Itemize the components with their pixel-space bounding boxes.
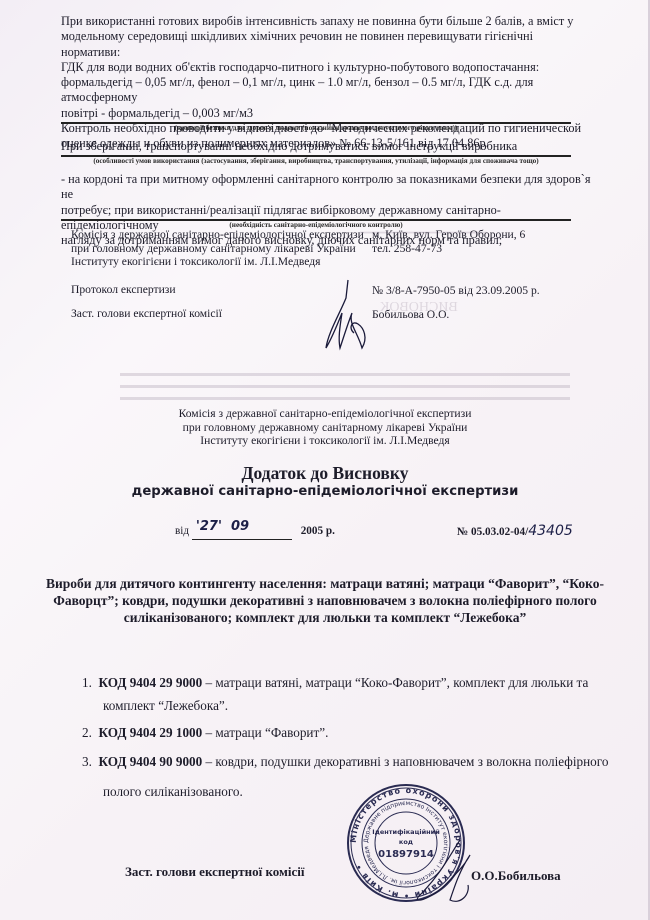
list-item-continuation: полого силіканізованого. (103, 784, 243, 800)
annex-header-line: Інституту екогігієни і токсикології ім. … (100, 434, 550, 448)
deputy-label: Заст. голови експертної комісії (71, 306, 222, 321)
paragraph-line: ГДК для води водних об'єктів господарчо-… (61, 60, 591, 75)
document-subtitle: державної санітарно-епідеміологічної екс… (100, 484, 550, 500)
date-field: '27' 09 (192, 524, 292, 540)
caption-safety-criteria: (критерії безпеки для здоров'я людини (п… (61, 124, 571, 132)
commission-block: Комісія з державної санітарно-епідеміоло… (71, 228, 371, 269)
storage-line: При зберіганні, транспортуванні необхідн… (61, 139, 581, 154)
paragraph-line: При використанні готових виробів інтенси… (61, 14, 591, 29)
list-item: 1. КОД 9404 29 9000 – матраци ватяні, ма… (82, 675, 642, 691)
code-label: КОД 9404 90 9000 (98, 754, 202, 769)
deputy-name: Бобильова О.О. (372, 307, 449, 322)
commission-line: Інституту екогігієни і токсикології ім. … (71, 255, 371, 269)
handwritten-signature-icon (400, 835, 480, 910)
commission-line: при головному державному санітарному лік… (71, 242, 371, 256)
document-title: Додаток до Висновку (100, 463, 550, 483)
products-description: Вироби для дитячого контингенту населенн… (40, 575, 610, 626)
phone: тел. 258-47-73 (372, 242, 525, 256)
date-year: 2005 р. (301, 525, 335, 537)
paragraph-line: - на кордоні та при митному оформленні с… (61, 172, 591, 203)
number-prefix: № 05.03.02-04/ (457, 526, 528, 538)
products-line: Фаворцт”; ковдри, подушки декоративні з … (40, 592, 610, 609)
signature-name: О.О.Бобильова (471, 868, 561, 883)
protocol-label: Протокол експертизи (71, 282, 176, 297)
bleed-through-text: ▬▬▬▬▬▬▬▬▬▬▬▬▬▬▬▬▬▬▬▬▬▬▬▬▬▬▬▬▬▬▬▬▬▬▬▬▬▬▬▬… (120, 392, 570, 403)
code-label: КОД 9404 29 9000 (98, 675, 202, 690)
annex-date: від '27' 09 2005 р. (175, 524, 335, 540)
address: м. Київ, вул. Героїв Оборони, 6 (372, 228, 525, 242)
products-line: Вироби для дитячого контингенту населенн… (40, 575, 610, 592)
bleed-through-text: ▬▬▬▬▬▬▬▬▬▬▬▬▬▬▬▬▬▬▬▬▬▬▬▬▬▬▬▬▬▬▬▬▬▬▬▬▬▬▬▬… (120, 380, 570, 391)
commission-contacts: м. Київ, вул. Героїв Оборони, 6 тел. 258… (372, 228, 525, 256)
date-prefix: від (175, 525, 189, 537)
protocol-number: № 3/8-А-7950-05 від 23.09.2005 р. (372, 283, 540, 298)
caption-usage-conditions: (особливості умов використання (застосув… (61, 157, 571, 165)
signature-label: Заст. голови експертної комісії (125, 864, 304, 879)
handwritten-signature-icon (318, 278, 378, 353)
paragraph-line: формальдегід – 0,05 мг/л, фенол – 0,1 мг… (61, 75, 591, 106)
bleed-through-text: ▬▬▬▬▬▬▬▬▬▬▬▬▬▬▬▬▬▬▬▬▬▬▬▬▬▬▬▬▬▬▬▬▬▬▬▬▬▬▬▬… (120, 368, 570, 379)
annex-number: № 05.03.02-04/43405 (457, 524, 573, 540)
paragraph-line: повітрі - формальдегід – 0,003 мг/м3 (61, 106, 591, 121)
annex-commission-header: Комісія з державної санітарно-епідеміоло… (100, 407, 550, 448)
document-page: ━━━━━━━━━━━━━━━━━━━━━ ВИСНОВОК ▬▬▬▬▬▬▬▬▬… (0, 0, 650, 920)
number-handwritten: 43405 (528, 523, 573, 539)
paragraph-line: модельному середовищі шкідливих хімічних… (61, 29, 591, 60)
products-line: силіканізованого; комплект для люльки та… (40, 609, 610, 626)
list-item-continuation: комплект “Лежебока”. (103, 698, 228, 714)
list-item: 2. КОД 9404 29 1000 – матраци “Фаворит”. (82, 725, 642, 741)
commission-line: Комісія з державної санітарно-епідеміоло… (71, 228, 371, 242)
date-handwritten: '27' 09 (196, 519, 249, 534)
list-item: 3. КОД 9404 90 9000 – ковдри, подушки де… (82, 754, 642, 770)
annex-header-line: Комісія з державної санітарно-епідеміоло… (100, 407, 550, 421)
annex-header-line: при головному державному санітарному лік… (100, 421, 550, 435)
code-label: КОД 9404 29 1000 (98, 725, 202, 740)
